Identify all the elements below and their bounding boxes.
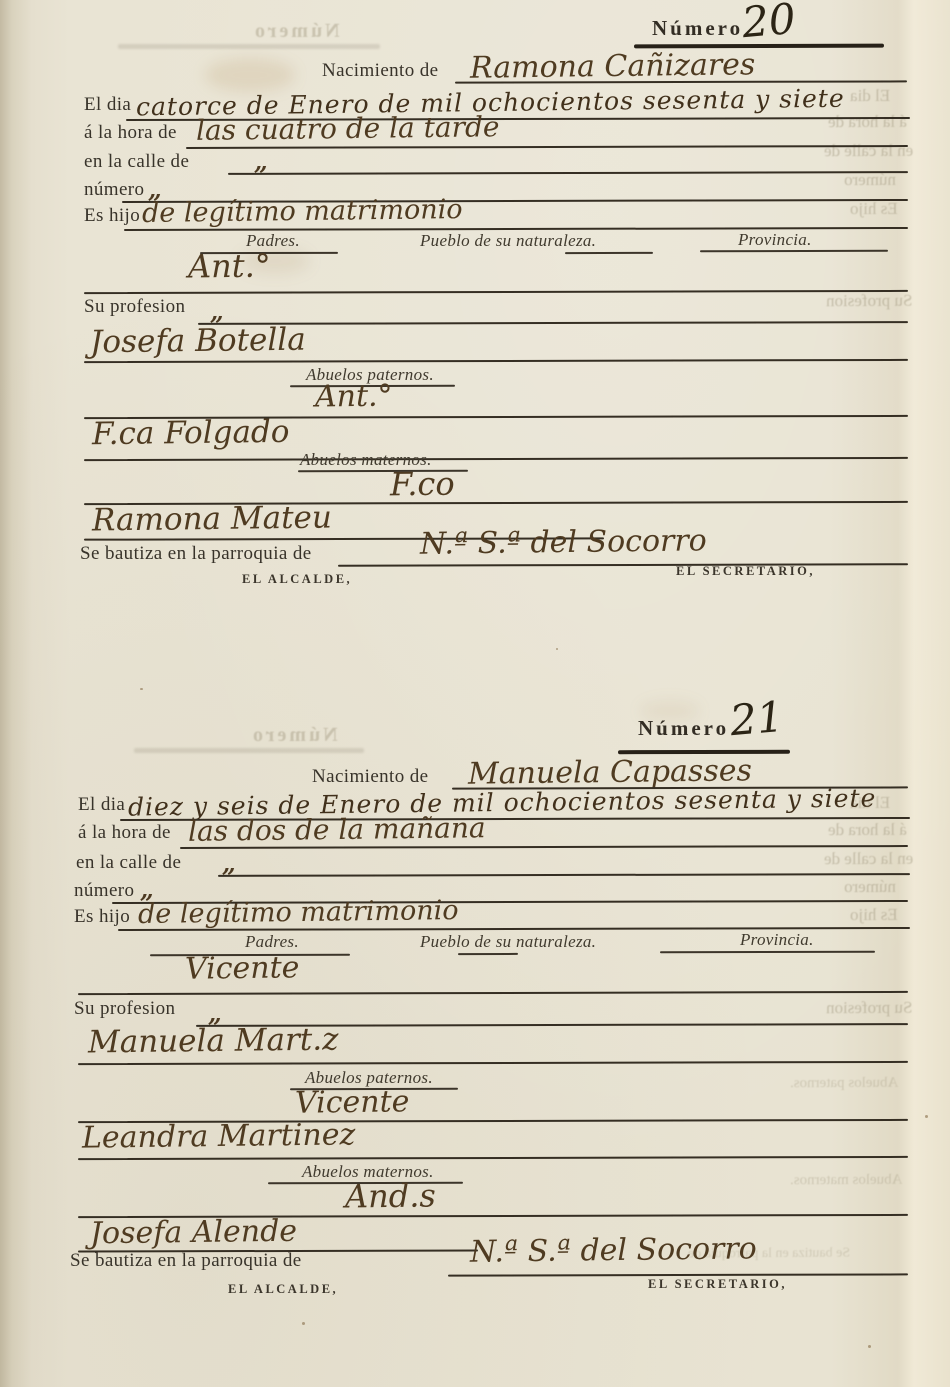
registry-page: Número El dia á la hora de en la calle d… — [0, 0, 950, 1387]
hora-label: á la hora de — [84, 122, 177, 144]
header-rule — [458, 953, 518, 955]
hijo-value: de legítimo matrimonio — [142, 196, 463, 227]
abuela-materna-value: Ramona Mateu — [92, 503, 332, 537]
field-rule — [78, 1156, 908, 1160]
parroquia-label: Se bautiza en la parroquia de — [80, 543, 312, 565]
profesion-label: Su profesion — [74, 998, 175, 1020]
bleedthrough-rule — [134, 748, 364, 753]
alcalde-label: EL ALCALDE, — [228, 1282, 338, 1297]
paper-speck — [556, 648, 558, 650]
profesion-value: „ — [210, 300, 224, 324]
nacimiento-label: Nacimiento de — [312, 766, 429, 788]
nacimiento-label: Nacimiento de — [322, 60, 439, 82]
calle-label: en la calle de — [76, 852, 181, 874]
abuelo-paterno-value: Ant.° — [315, 382, 393, 413]
header-rule — [660, 951, 875, 954]
field-rule — [84, 359, 908, 363]
bleedthrough-rule — [118, 44, 380, 49]
field-rule — [78, 991, 908, 995]
bleedthrough-label: Es hijo — [850, 905, 898, 925]
dia-label: El dia — [84, 94, 131, 116]
numero-value: 21 — [728, 696, 785, 742]
numero-label: Número — [638, 716, 729, 741]
field-rule — [84, 290, 908, 294]
bleedthrough-label: número — [844, 877, 896, 897]
bleedthrough-label: Su profesion — [826, 291, 913, 311]
hijo-label: Es hijo — [84, 205, 140, 227]
paper-speck — [925, 1115, 928, 1118]
pueblo-header: Pueblo de su naturaleza. — [420, 231, 596, 251]
header-rule — [700, 250, 888, 252]
padre-value: Ant.° — [188, 249, 271, 282]
bleedthrough-label: en la calle de — [824, 141, 913, 161]
bleedthrough-label: en la calle de — [824, 849, 913, 869]
bleedthrough-numero: Número — [250, 724, 338, 747]
field-rule — [218, 873, 910, 877]
parroquia-label: Se bautiza en la parroquia de — [70, 1250, 302, 1272]
provincia-header: Provincia. — [740, 930, 814, 950]
paper-speck — [140, 688, 143, 690]
numero-calle-label: número — [84, 179, 144, 201]
provincia-header: Provincia. — [738, 230, 812, 250]
numero-calle-label: número — [74, 880, 134, 902]
parroquia-value: N.ª S.ª del Socorro — [470, 1234, 757, 1268]
hijo-value: de legítimo matrimonio — [138, 897, 459, 928]
field-rule — [78, 1061, 908, 1065]
bleedthrough-numero: Número — [252, 20, 340, 43]
calle-value: „ — [254, 150, 268, 174]
bleedthrough-label: Su profesion — [826, 998, 913, 1018]
dia-label: El dia — [78, 794, 125, 816]
padre-value: Vicente — [185, 953, 300, 984]
field-rule — [228, 171, 908, 175]
parroquia-value: N.ª S.ª del Socorro — [420, 526, 707, 560]
hora-value: las cuatro de la tarde — [196, 113, 500, 145]
alcalde-label: EL ALCALDE, — [242, 572, 352, 587]
abuelo-materno-value: And.s — [345, 1179, 436, 1212]
hora-value: las dos de la mañana — [188, 814, 486, 846]
field-rule — [338, 563, 908, 566]
numero-label: Número — [652, 16, 743, 41]
bleedthrough-label: á la hora de — [828, 112, 907, 132]
secretario-label: EL SECRETARIO, — [648, 1277, 787, 1292]
hora-label: á la hora de — [78, 822, 171, 844]
padres-header: Padres. — [245, 932, 299, 952]
abuela-paterna-value: F.ca Folgado — [92, 417, 290, 450]
field-rule — [84, 457, 908, 461]
secretario-label: EL SECRETARIO, — [676, 564, 815, 579]
paper-speck — [302, 1322, 305, 1325]
bleedthrough-label: á la hora de — [828, 820, 907, 840]
madre-value: Josefa Botella — [90, 325, 306, 359]
bleedthrough-label: Es hijo — [850, 199, 898, 219]
abuelo-paterno-value: Vicente — [295, 1087, 410, 1118]
bleedthrough-label: Abuelos maternos. — [790, 1172, 903, 1190]
madre-value: Manuela Mart.z — [88, 1024, 339, 1058]
bleedthrough-label: Abuelos paternos. — [790, 1075, 898, 1093]
header-rule — [565, 252, 653, 254]
pueblo-header: Pueblo de su naturaleza. — [420, 932, 596, 952]
profesion-label: Su profesion — [84, 296, 185, 318]
calle-label: en la calle de — [84, 151, 189, 173]
calle-value: „ — [222, 852, 236, 876]
numero-value: 20 — [740, 0, 797, 44]
paper-speck — [868, 1345, 871, 1348]
bleedthrough-label: El dia — [850, 86, 890, 106]
abuelo-materno-value: F.co — [390, 468, 455, 501]
paper-stain — [205, 58, 295, 92]
abuela-paterna-value: Leandra Martinez — [82, 1120, 356, 1153]
nacimiento-value: Ramona Cañizares — [470, 50, 756, 83]
abuela-materna-value: Josefa Alende — [90, 1217, 297, 1250]
hijo-label: Es hijo — [74, 906, 130, 928]
